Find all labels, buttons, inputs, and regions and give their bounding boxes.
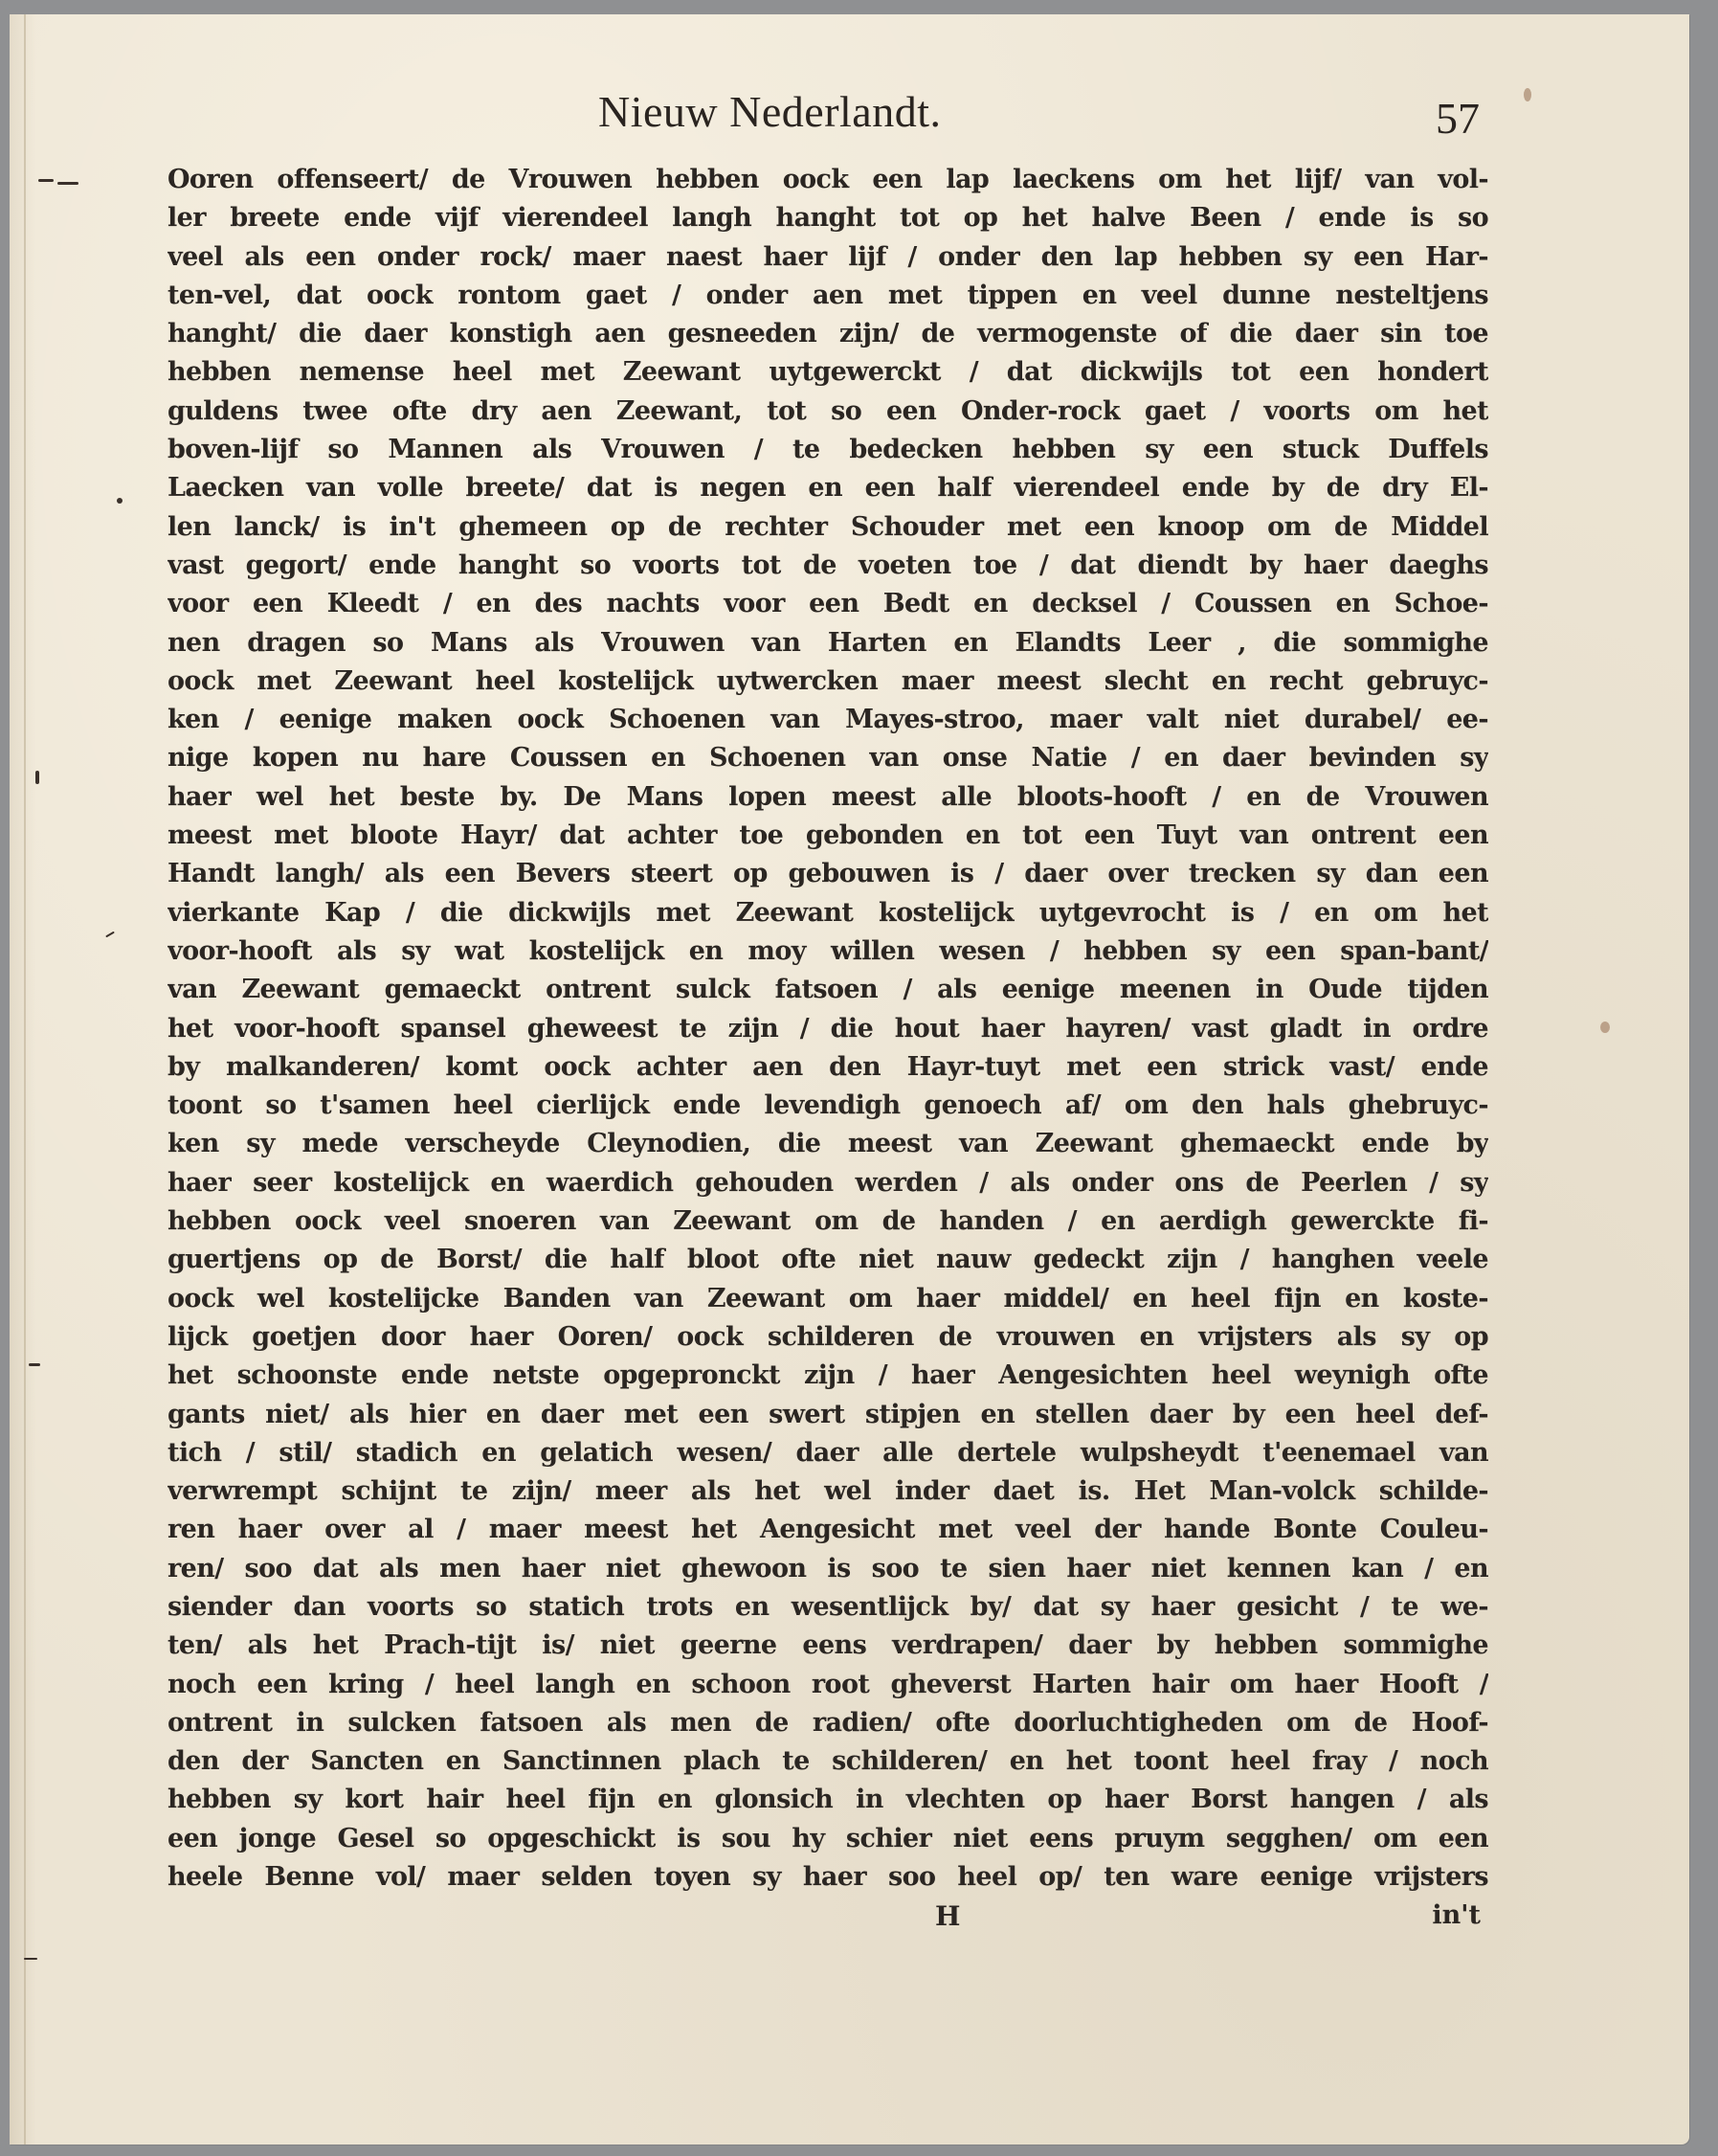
text-line: voor-hooft als sy wat kostelijck en moy …	[167, 932, 1488, 971]
text-line: hanght/ die daer konstigh aen gesneeden …	[167, 315, 1488, 353]
catchword: in't	[1432, 1900, 1481, 1930]
text-line: ontrent in sulcken fatsoen als men de ra…	[167, 1704, 1488, 1742]
text-line: ren/ soo dat als men haer niet ghewoon i…	[167, 1550, 1488, 1588]
margin-ink-mark	[105, 932, 115, 938]
text-line: boven-lijf so Mannen als Vrouwen / te be…	[167, 431, 1488, 469]
text-line: noch een kring / heel langh en schoon ro…	[167, 1666, 1488, 1704]
signature-mark: H	[935, 1900, 960, 1932]
text-line: vierkante Kap / die dickwijls met Zeewan…	[167, 894, 1488, 932]
text-line: nige kopen nu hare Coussen en Schoenen v…	[167, 739, 1488, 777]
text-line: gants niet/ als hier en daer met een swe…	[167, 1396, 1488, 1434]
text-line: het schoonste ende netste opgepronckt zi…	[167, 1357, 1488, 1395]
text-line: oock wel kostelijcke Banden van Zeewant …	[167, 1280, 1488, 1318]
paper-stain	[1524, 88, 1531, 101]
margin-ink-mark	[29, 1363, 40, 1366]
text-line: Laecken van volle breete/ dat is negen e…	[167, 469, 1488, 507]
text-line: vast gegort/ ende hanght so voorts tot d…	[167, 547, 1488, 585]
text-line: voor een Kleedt / en des nachts voor een…	[167, 585, 1488, 623]
text-line: hebben oock veel snoeren van Zeewant om …	[167, 1202, 1488, 1241]
margin-ink-dot	[117, 498, 123, 504]
gutter-edge	[24, 14, 26, 2145]
text-line: ken sy mede verscheyde Cleynodien, die m…	[167, 1125, 1488, 1163]
text-line: ken / eenige maken oock Schoenen van May…	[167, 701, 1488, 739]
text-line: ler breete ende vijf vierendeel langh ha…	[167, 199, 1488, 237]
text-line: guldens twee ofte dry aen Zeewant, tot s…	[167, 393, 1488, 431]
body-text: Ooren offenseert/ de Vrouwen hebben oock…	[167, 161, 1488, 1939]
text-line: len lanck/ is in't ghemeen op de rechter…	[167, 508, 1488, 547]
margin-ink-mark	[24, 1958, 37, 1960]
running-head: Nieuw Nederlandt.	[598, 86, 942, 137]
text-line: heele Benne vol/ maer selden toyen sy ha…	[167, 1858, 1488, 1897]
text-line: oock met Zeewant heel kostelijck uytwerc…	[167, 663, 1488, 701]
text-line: tich / stil/ stadich en gelatich wesen/ …	[167, 1434, 1488, 1472]
text-line: hebben sy kort hair heel fijn en glonsic…	[167, 1781, 1488, 1819]
text-line: haer seer kostelijck en waerdich gehoude…	[167, 1164, 1488, 1202]
text-line: ten-vel, dat oock rontom gaet / onder ae…	[167, 277, 1488, 315]
text-line: den der Sancten en Sanctinnen plach te s…	[167, 1742, 1488, 1781]
text-line: toont so t'samen heel cierlijck ende lev…	[167, 1087, 1488, 1125]
text-line: lijck goetjen door haer Ooren/ oock schi…	[167, 1318, 1488, 1357]
text-line: Handt langh/ als een Bevers steert op ge…	[167, 855, 1488, 893]
text-line: siender dan voorts so statich trots en w…	[167, 1588, 1488, 1627]
margin-ink-mark	[57, 182, 78, 185]
page-number: 57	[1436, 93, 1480, 144]
page-footer: H in't	[167, 1900, 1488, 1939]
text-line: ren haer over al / maer meest het Aenges…	[167, 1511, 1488, 1549]
text-line: van Zeewant gemaeckt ontrent sulck fatso…	[167, 971, 1488, 1009]
text-line: hebben nemense heel met Zeewant uytgewer…	[167, 353, 1488, 392]
book-page: Nieuw Nederlandt. 57 Ooren offenseert/ d…	[10, 14, 1689, 2145]
text-line: verwrempt schijnt te zijn/ meer als het …	[167, 1472, 1488, 1511]
text-line: meest met bloote Hayr/ dat achter toe ge…	[167, 817, 1488, 855]
paper-stain	[1600, 1022, 1610, 1033]
text-line: nen dragen so Mans als Vrouwen van Harte…	[167, 624, 1488, 663]
margin-ink-mark	[38, 179, 54, 182]
text-line: Ooren offenseert/ de Vrouwen hebben oock…	[167, 161, 1488, 199]
text-line: by malkanderen/ komt oock achter aen den…	[167, 1048, 1488, 1087]
text-line: veel als een onder rock/ maer naest haer…	[167, 238, 1488, 277]
margin-ink-mark	[35, 771, 39, 784]
text-line: ten/ als het Prach-tijt is/ niet geerne …	[167, 1627, 1488, 1665]
text-line: een jonge Gesel so opgeschickt is sou hy…	[167, 1820, 1488, 1858]
text-line: het voor-hooft spansel gheweest te zijn …	[167, 1010, 1488, 1048]
text-line: guertjens op de Borst/ die half bloot of…	[167, 1241, 1488, 1279]
text-line: haer wel het beste by. De Mans lopen mee…	[167, 778, 1488, 817]
